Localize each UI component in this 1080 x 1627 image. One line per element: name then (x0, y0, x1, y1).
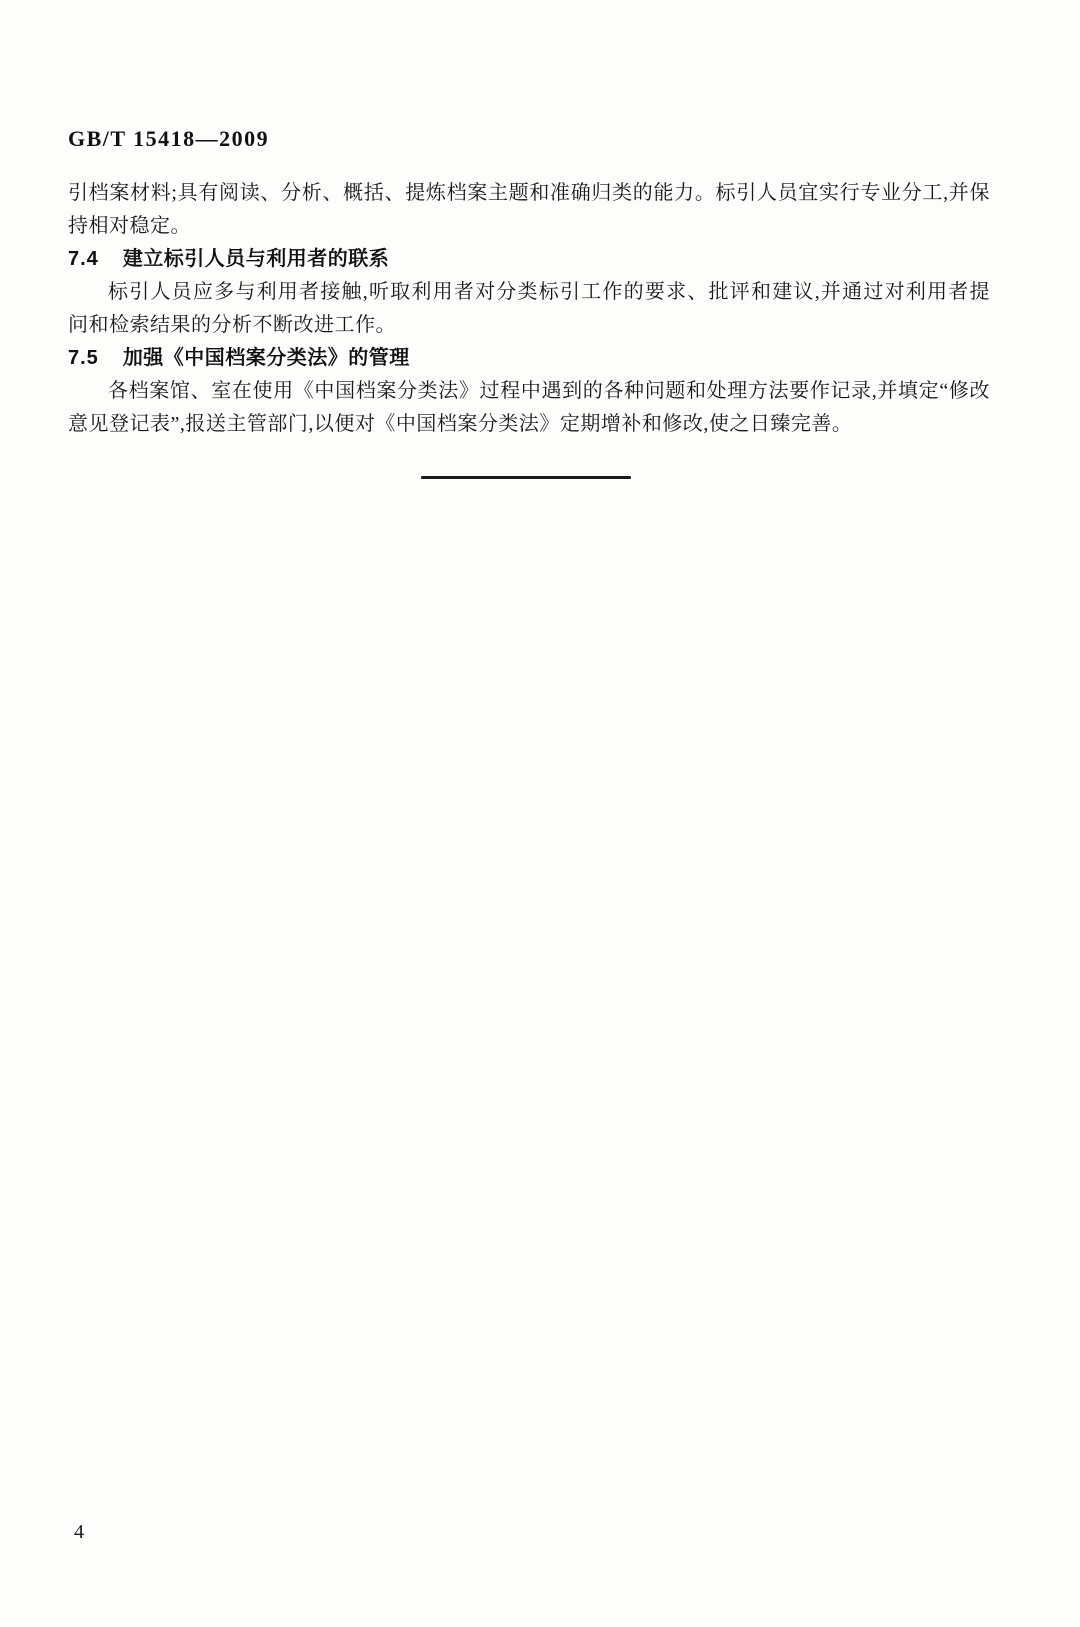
section-title: 加强《中国档案分类法》的管理 (123, 347, 410, 369)
page-number: 4 (74, 1521, 84, 1544)
section-number: 7.5 (68, 342, 99, 375)
section-number: 7.4 (68, 243, 99, 276)
document-line: 标引人员应多与利用者接触,听取利用者对分类标引工作的要求、批评和建议,并通过对利… (68, 276, 990, 309)
section-title: 建立标引人员与利用者的联系 (123, 248, 390, 270)
end-of-text-divider (421, 476, 631, 479)
standard-number-header: GB/T 15418—2009 (68, 126, 269, 152)
document-line: 持相对稳定。 (68, 210, 990, 243)
document-line: 意见登记表”,报送主管部门,以便对《中国档案分类法》定期增补和修改,使之日臻完善… (68, 408, 990, 441)
document-body: 引档案材料;具有阅读、分析、概括、提炼档案主题和准确归类的能力。标引人员宜实行专… (68, 177, 990, 441)
document-line: 各档案馆、室在使用《中国档案分类法》过程中遇到的各种问题和处理方法要作记录,并填… (68, 375, 990, 408)
document-line: 引档案材料;具有阅读、分析、概括、提炼档案主题和准确归类的能力。标引人员宜实行专… (68, 177, 990, 210)
section-heading: 7.4建立标引人员与利用者的联系 (68, 243, 990, 276)
document-line: 问和检索结果的分析不断改进工作。 (68, 309, 990, 342)
section-heading: 7.5加强《中国档案分类法》的管理 (68, 342, 990, 375)
document-page: GB/T 15418—2009 引档案材料;具有阅读、分析、概括、提炼档案主题和… (0, 0, 1080, 1627)
